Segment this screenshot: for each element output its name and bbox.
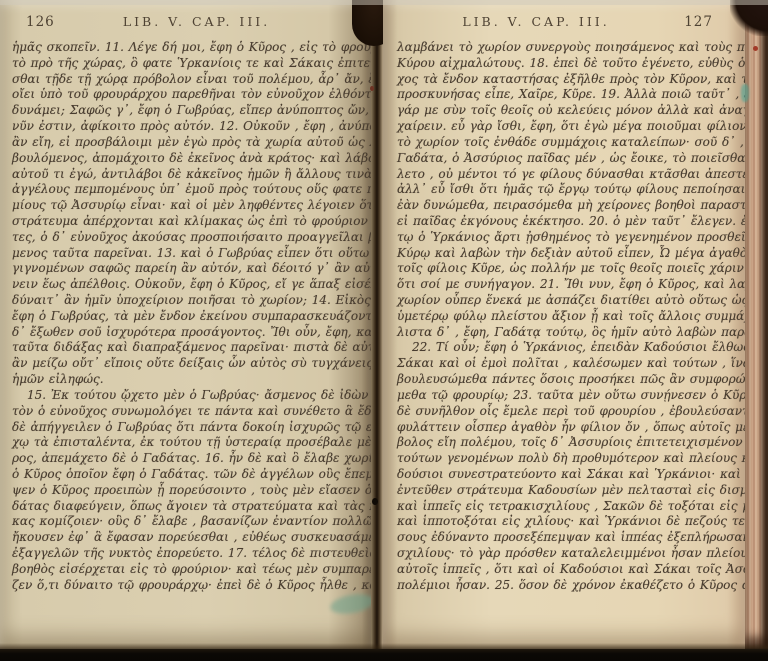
text-line: αὐτοῦ τι ἐγώ, ἀντιλάβοι δὲ κἀκεῖνος ἡμῶν… (12, 167, 364, 183)
page-number-left: 126 (26, 14, 55, 30)
text-line: ἐξαγγελῶν τῆς νυκτὸς ἐπορεύετο. 17. τέλο… (12, 546, 364, 562)
page-number-right: 127 (684, 14, 713, 30)
text-line: ἂν εἴη, εἰ προσβάλοιμι μὲν ἐγὼ πρὸς τὰ χ… (12, 135, 364, 151)
text-line: ἔφη ὁ Γωβρύας, τὰ μὲν ἔνδον ἐκείνου συμπ… (12, 309, 364, 325)
red-speck-edge (753, 46, 758, 51)
text-line: σχιλίους· τὸ γὰρ πρόσθεν καταλελειμμένοι… (397, 546, 745, 562)
text-line: ἀγγέλους πεμπομένους ὑπ᾽ ἐμοῦ πρὸς τούτο… (12, 182, 364, 198)
text-line: δὲ ἀπήγγειλεν ὁ Γωβρύας ὅτι πάντα δοκοίη… (12, 420, 364, 436)
text-line: ἐντεῦθεν στράτευμα Καδουσίων μὲν πελταστ… (397, 483, 745, 499)
text-line: λιστα δ᾽ , ἔφη, Γαδάτᾳ τούτῳ, ὃς ἡμῖν αὐ… (397, 325, 745, 341)
text-line: τὸν ὁ εὐνοῦχος συνωμολόγει τε πάντα καὶ … (12, 404, 364, 420)
text-line: χωρίον οὗπερ ἕνεκά με ἀσπάζει διατίθει α… (397, 293, 745, 309)
text-line: μενος ταῦτα παρεῖναι. 13. καὶ ὁ Γωβρύας … (12, 246, 364, 262)
text-line: λετο , οὐ μέντοι τό γε φίλους δύνασθαι κ… (397, 167, 745, 183)
scan-top-glare (0, 0, 768, 5)
running-header-left: LIB. V. CAP. III. (123, 14, 270, 29)
teal-ink-stain (329, 591, 375, 616)
text-line: σθαι τῇδε τῇ χώρᾳ πρόβολον εἶναι τοῦ πολ… (12, 72, 364, 88)
text-line: τὸ χωρίον τοῖς ἐνθάδε συμμάχοις καταλείπ… (397, 135, 745, 151)
table-shadow-frame (0, 643, 768, 661)
running-header-right: LIB. V. CAP. III. (462, 14, 609, 29)
text-line: νειν ἕως ἀπέλθοις. Οὐκοῦν, ἔφη ὁ Κῦρος, … (12, 277, 364, 293)
text-line: βοηθὸς εἰσέρχεται εἰς τὸ φρούριον· καὶ τ… (12, 562, 364, 578)
text-line: ἐὰν δυνώμεθα, πειρασόμεθα μὴ χείρονες βο… (397, 198, 745, 214)
book-gutter (371, 0, 383, 649)
text-line: ἤκουσεν ἐφ᾽ ἃ ἔφασαν πορεύεσθαι , εὐθέως… (12, 530, 364, 546)
text-line: δὲ συνῆλθον οἷς ἔμελε περὶ τοῦ φρουρίου … (397, 404, 745, 420)
text-line: Κύρῳ καὶ λαβὼν τὴν δεξιὰν αὐτοῦ εἶπεν, Ὦ… (397, 246, 745, 262)
text-line: 15. Ἐκ τούτου ᾤχετο μὲν ὁ Γωβρύας· ἄσμεν… (12, 388, 364, 404)
text-line: δύναιτ᾽ ἂν ἡμῖν ὑποχείριον ποιῆσαι τὸ χω… (12, 293, 364, 309)
text-line: ὑμετέρῳ φύλῳ πλείστου ἄξιον ᾖ καὶ τοῖς ἄ… (397, 309, 745, 325)
text-line: χαίρειν. εὖ γὰρ ἴσθι, ἔφη, ὅτι ἐγὼ μέγα … (397, 119, 745, 135)
page-right: LIB. V. CAP. III. 127 λαμβάνει τὸ χωρίον… (383, 0, 745, 649)
page-left: 126 LIB. V. CAP. III. ἡμᾶς σκοπεῖν. 11. … (0, 0, 373, 649)
text-line: Γαδάτα, ὁ Ἀσσύριος παῖδας μέν , ὡς ἔοικε… (397, 151, 745, 167)
text-line: ψεν ὁ Κῦρος προειπὼν ᾗ πορεύσοιντο , τοὺ… (12, 483, 364, 499)
text-line: ἡμῶν εἰληφώς. (12, 372, 364, 388)
text-line: τῳ ὁ Ὑρκάνιος ἄρτι ᾐσθημένος τὸ γεγενημέ… (397, 230, 745, 246)
text-line: ζεν ὅ,τι δύναιτο τῷ φρουράρχῳ· ἐπεὶ δὲ ὁ… (12, 578, 364, 594)
text-line: βουλευσώμεθα πάντες ὅσοις προσήκει πῶς ἂ… (397, 372, 745, 388)
text-line: ρος, ἀπεμάχετο δὲ ὁ Γαδάτας. 16. ἦν δὲ κ… (12, 451, 364, 467)
text-line: στράτευμα ἀπέρχονται καὶ κλίμακας ὡς ἐπὶ… (12, 214, 364, 230)
text-line: φυλάττειν οἷσπερ ἀγαθὸν ἦν φίλιον ὄν , ὅ… (397, 420, 745, 436)
text-line: 22. Τί οὖν; ἔφη ὁ Ὑρκάνιος, ἐπειδὰν Καδο… (397, 340, 745, 356)
text-line: δάτας διαφεύγειν, ὅπως ἄγοιεν τὰ στρατεύ… (12, 499, 364, 515)
text-line: Κύρου αἰχμαλώτους. 18. ἐπεὶ δὲ τοῦτο ἐγέ… (397, 56, 745, 72)
text-line: αὐτοῖς ἱππεῖς , ὅτι καὶ οἱ Καδούσιοι καὶ… (397, 562, 745, 578)
text-line: γιγνομένων σαφῶς παρείη ἂν αὐτόν, καὶ δέ… (12, 261, 364, 277)
text-line: μίους τῷ Ἀσσυρίῳ εἶναι· καὶ οἱ μὲν ληφθέ… (12, 198, 364, 214)
red-speck-gutter (370, 86, 374, 91)
text-line: εἰ παῖδας ἐκγόνους ἐκέκτησο. 20. ὁ μὲν τ… (397, 214, 745, 230)
text-line: μεθα τῷ φρουρίῳ; 23. ταῦτα μὲν οὕτω συνῄ… (397, 388, 745, 404)
page-header-right: LIB. V. CAP. III. 127 (383, 14, 745, 32)
text-line: σους ἐδύναντο προσεξέπεμψαν καὶ ἱππέας ἐ… (397, 530, 745, 546)
text-line: ὅτι σοί με συνήγαγον. 21. Ἴθι νυν, ἔφη ὁ… (397, 277, 745, 293)
text-line: βουλόμενος, ἀπομάχοιτο δὲ ἐκεῖνος ἀνὰ κρ… (12, 151, 364, 167)
text-line: κας κομίζοιεν· οὓς δ᾽ ἔλαβε , βασανίζων … (12, 514, 364, 530)
text-line: τοῖς φίλοις Κῦρε, ὡς πολλήν με τοῖς θεοῖ… (397, 261, 745, 277)
text-line: νῦν ἐστιν, ἀφίκοιτο πρὸς αὐτόν. 12. Οὐκο… (12, 119, 364, 135)
text-line: ταῦτα διδάξας καὶ διαπραξάμενος παρεῖναι… (12, 340, 364, 356)
text-line: ἂν μείζω οὔτ᾽ εἴποις οὔτε δείξαις ὧν αὐτ… (12, 356, 364, 372)
text-line: καὶ ἱππεῖς εἰς τετρακισχιλίους , Σακῶν δ… (397, 499, 745, 515)
text-line: οἴει ὑπὸ τοῦ φρουράρχου παρεθῆναι τὸν εὐ… (12, 87, 364, 103)
text-line: τὸ πρὸ τῆς χώρας, ὃ φατε Ὑρκανίοις τε κα… (12, 56, 364, 72)
text-line: προσκυνήσας εἶπε, Χαῖρε, Κῦρε. 19. Ἀλλὰ … (397, 87, 745, 103)
teal-edge-mark (741, 84, 749, 102)
binding-stitch (372, 498, 378, 505)
text-line: λαμβάνει τὸ χωρίον συνεργοὺς ποιησάμενος… (397, 40, 745, 56)
text-line: δ᾽ ἔξωθεν σοῦ ἰσχυρότερα προσάγοντος. Ἴθ… (12, 325, 364, 341)
text-line: ἡμᾶς σκοπεῖν. 11. Λέγε δή μοι, ἔφη ὁ Κῦρ… (12, 40, 364, 56)
text-line: χῳ τὰ ἐπισταλέντα, ἐκ τούτου τῇ ὑστεραίᾳ… (12, 435, 364, 451)
cover-corner-top-right (730, 0, 768, 36)
text-line: τες, ὁ δ᾽ εὐνοῦχος ἀκούσας προσποιήσαιτο… (12, 230, 364, 246)
greek-text-right: λαμβάνει τὸ χωρίον συνεργοὺς ποιησάμενος… (397, 40, 745, 593)
text-line: γάρ με σὺν τοῖς θεοῖς οὐ κελεύεις μόνον … (397, 103, 745, 119)
text-line: χος τὰ ἔνδον καταστήσας ἐξῆλθε πρὸς τὸν … (397, 72, 745, 88)
text-line: καὶ ἱπποτοξόται εἰς χιλίους· καὶ Ὑρκάνιο… (397, 514, 745, 530)
page-header-left: 126 LIB. V. CAP. III. (0, 14, 373, 32)
text-line: πολέμιοι ἦσαν. 25. ὅσον δὲ χρόνον ἐκαθέζ… (397, 578, 745, 594)
text-line: δυνάμει; Σαφῶς γ᾽, ἔφη ὁ Γωβρύας, εἴπερ … (12, 103, 364, 119)
text-line: τούτων γενομένων πολὺ δὴ προθυμότερον κα… (397, 451, 745, 467)
text-line: δούσιοι συνεστρατεύοντο καὶ Σάκαι καὶ Ὑρ… (397, 467, 745, 483)
book-scan: 126 LIB. V. CAP. III. ἡμᾶς σκοπεῖν. 11. … (0, 0, 768, 661)
text-line: ἀλλ᾽ εὖ ἴσθι ὅτι ἡμᾶς τῷ ἔργῳ τούτῳ φίλο… (397, 182, 745, 198)
text-line: βολος εἴη πολέμου, τοῖς δ᾽ Ἀσσυρίοις ἐπι… (397, 435, 745, 451)
greek-text-left: ἡμᾶς σκοπεῖν. 11. Λέγε δή μοι, ἔφη ὁ Κῦρ… (12, 40, 364, 593)
text-line: ὁ Κῦρος ὁποῖον ἔφη ὁ Γαδάτας. τῶν δὲ ἀγγ… (12, 467, 364, 483)
text-line: Σάκαι καὶ οἱ ἐμοὶ πολῖται , καλέσωμεν κα… (397, 356, 745, 372)
